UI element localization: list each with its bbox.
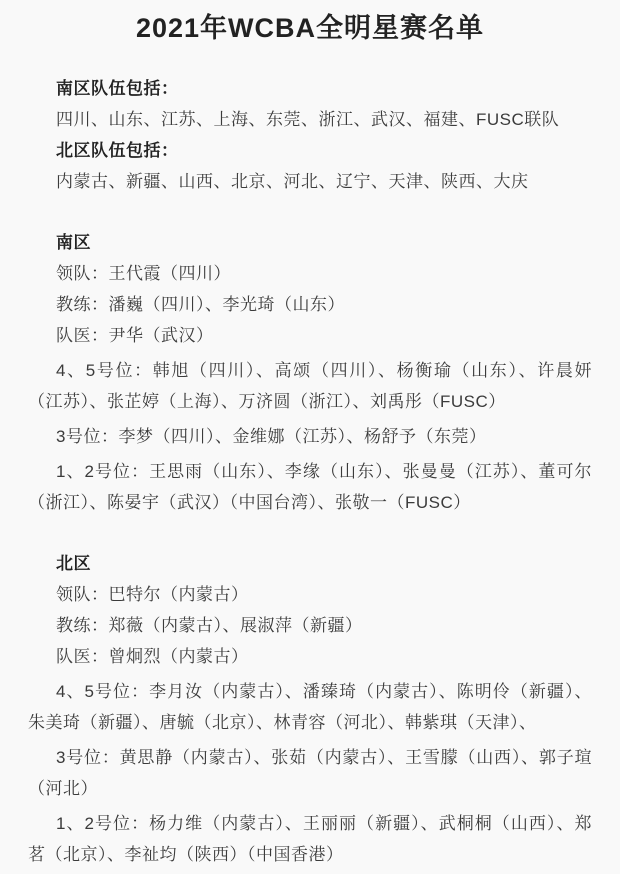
north-positions-12-line: 1、2号位：杨力维（内蒙古）、王丽丽（新疆）、武桐桐（山西）、郑茗（北京）、李祉… [28,808,592,870]
north-coaches-line: 教练：郑薇（内蒙古）、展淑萍（新疆） [28,610,592,641]
south-teams-list: 四川、山东、江苏、上海、东莞、浙江、武汉、福建、FUSC联队 [28,104,592,135]
south-doctor-line: 队医：尹华（武汉） [28,320,592,351]
north-positions-45-line: 4、5号位：李月汝（内蒙古）、潘臻琦（内蒙古）、陈明伶（新疆）、朱美琦（新疆）、… [28,676,592,738]
south-teams-header: 南区队伍包括： [28,73,592,104]
south-positions-3-line: 3号位：李梦（四川）、金维娜（江苏）、杨舒予（东莞） [28,421,592,452]
south-section: 南区 领队：王代霞（四川） 教练：潘巍（四川）、李光琦（山东） 队医：尹华（武汉… [28,227,592,518]
page-title: 2021年WCBA全明星赛名单 [28,10,592,46]
south-positions-12-line: 1、2号位：王思雨（山东）、李缘（山东）、张曼曼（江苏）、董可尔（浙江）、陈晏宇… [28,456,592,518]
south-coaches-line: 教练：潘巍（四川）、李光琦（山东） [28,289,592,320]
intro-block: 南区队伍包括： 四川、山东、江苏、上海、东莞、浙江、武汉、福建、FUSC联队 北… [28,73,592,197]
south-section-heading: 南区 [28,227,592,258]
north-section-heading: 北区 [28,548,592,579]
document-page: 2021年WCBA全明星赛名单 南区队伍包括： 四川、山东、江苏、上海、东莞、浙… [0,0,620,874]
south-positions-45-line: 4、5号位：韩旭（四川）、高颂（四川）、杨衡瑜（山东）、许晨妍（江苏）、张芷婷（… [28,355,592,417]
north-leader-line: 领队：巴特尔（内蒙古） [28,579,592,610]
north-positions-3-line: 3号位：黄思静（内蒙古）、张茹（内蒙古）、王雪朦（山西）、郭子瑄（河北） [28,742,592,804]
north-teams-header: 北区队伍包括： [28,135,592,166]
north-doctor-line: 队医：曾炯烈（内蒙古） [28,641,592,672]
north-section: 北区 领队：巴特尔（内蒙古） 教练：郑薇（内蒙古）、展淑萍（新疆） 队医：曾炯烈… [28,548,592,870]
south-leader-line: 领队：王代霞（四川） [28,258,592,289]
north-teams-list: 内蒙古、新疆、山西、北京、河北、辽宁、天津、陕西、大庆 [28,166,592,197]
